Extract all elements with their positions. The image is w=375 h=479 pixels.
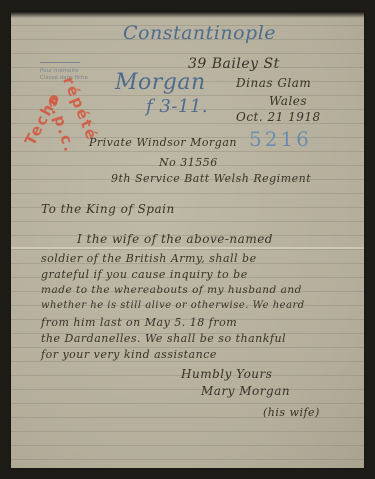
reference-annotation: f 3-11. — [146, 96, 208, 117]
stamp-rule — [40, 62, 80, 63]
body-line-6: from him last on May 5. 18 from — [41, 316, 237, 329]
paper-fold-line — [11, 247, 364, 249]
case-number: 5216 — [249, 127, 312, 151]
body-line-4: made to the whereabouts of my husband an… — [41, 284, 302, 296]
body-line-5: whether he is still alive or otherwise. … — [41, 300, 305, 311]
salutation: To the King of Spain — [41, 202, 175, 216]
soldier-number: No 31556 — [159, 156, 218, 169]
signature: Mary Morgan — [201, 384, 290, 398]
location-annotation: Constantinople — [123, 22, 276, 44]
grey-stamp-line-1: Pour mémoire — [40, 68, 88, 75]
body-line-3: grateful if you cause inquiry to be — [41, 268, 248, 281]
letter-paper: Constantinople Pour mémoire Classé dans … — [11, 12, 364, 468]
address-line-1: 39 Bailey St — [188, 56, 280, 72]
surname-annotation: Morgan — [115, 70, 206, 95]
body-line-1: I the wife of the above-named — [77, 232, 273, 246]
closing: Humbly Yours — [181, 367, 272, 381]
body-line-7: the Dardanelles. We shall be so thankful — [41, 332, 286, 345]
body-line-8: for your very kind assistance — [41, 348, 217, 361]
signature-note: (his wife) — [263, 406, 320, 419]
address-line-3: Wales — [269, 94, 307, 108]
body-line-2: soldier of the British Army, shall be — [41, 252, 257, 265]
soldier-unit: 9th Service Batt Welsh Regiment — [111, 172, 311, 185]
address-line-2: Dinas Glam — [236, 76, 311, 90]
letter-date: Oct. 21 1918 — [236, 110, 321, 124]
soldier-name: Private Windsor Morgan — [89, 136, 237, 149]
